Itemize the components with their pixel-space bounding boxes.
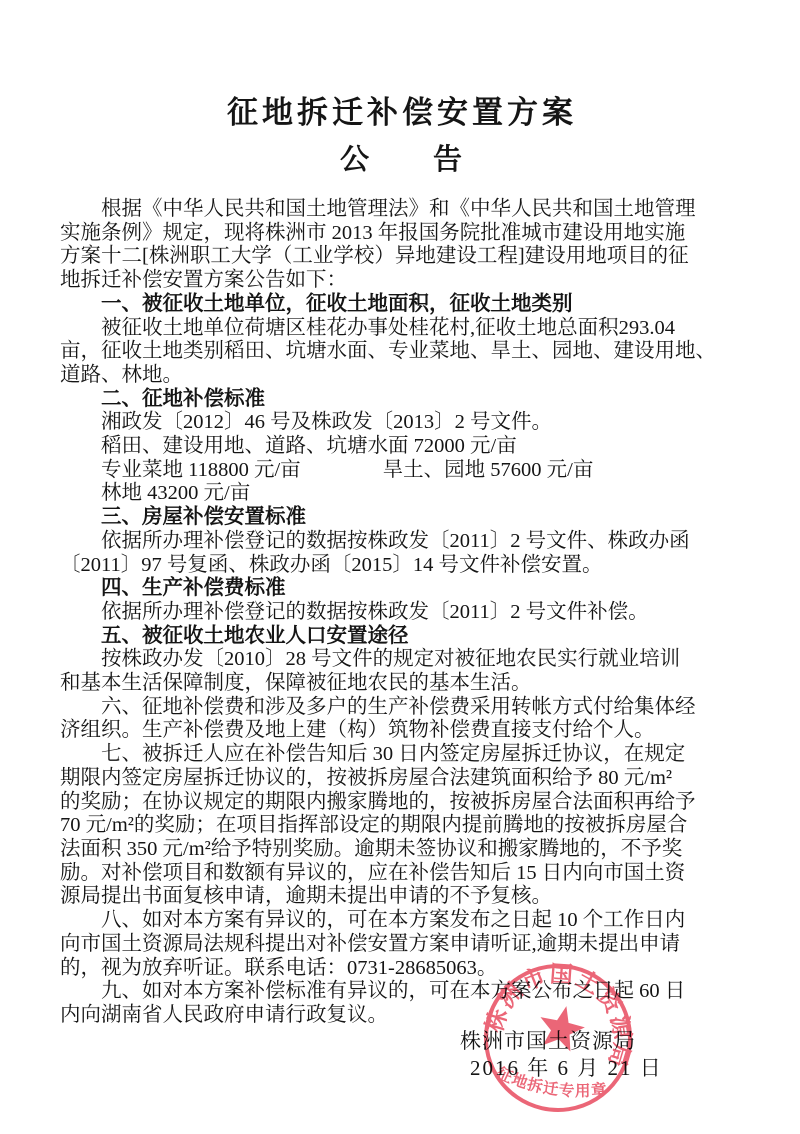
notice-body: 征地拆迁补偿安置方案 公 告 根据《中华人民共和国土地管理法》和《中华人民共和国…	[60, 94, 744, 1028]
section-heading-4: 四、生产补偿费标准	[60, 577, 744, 601]
paragraph-item-6: 六、征地补偿费和涉及多户的生产补偿费采用转帐方式付给集体经 济组织。生产补偿费及…	[60, 696, 744, 743]
paragraph-item-9: 九、如对本方案补偿标准有异议的，可在本方案公布之日起 60 日 内向湖南省人民政…	[60, 980, 744, 1027]
document-page: 征地拆迁补偿安置方案 公 告 根据《中华人民共和国土地管理法》和《中华人民共和国…	[0, 0, 800, 1134]
paragraph-policy-docs: 湘政发〔2012〕46 号及株政发〔2013〕2 号文件。	[60, 411, 744, 435]
signature-block: 株洲市国土资源局 2016 年 6 月 21 日	[460, 1028, 663, 1082]
document-title: 征地拆迁补偿安置方案	[60, 94, 744, 132]
paragraph-item-7: 七、被拆迁人应在补偿告知后 30 日内签定房屋拆迁协议，在规定 期限内签定房屋拆…	[60, 743, 744, 909]
paragraph-rate-forest: 林地 43200 元/亩	[60, 482, 744, 506]
paragraph-rate-vegetable: 专业菜地 118800 元/亩 旱土、园地 57600 元/亩	[60, 459, 744, 483]
paragraph-land-unit: 被征收土地单位荷塘区桂花办事处桂花村,征收土地总面积293.04 亩，征收土地类…	[60, 317, 744, 388]
paragraph-production-comp: 依据所办理补偿登记的数据按株政发〔2011〕2 号文件补偿。	[60, 601, 744, 625]
section-heading-3: 三、房屋补偿安置标准	[60, 506, 744, 530]
section-heading-1: 一、被征收土地单位，征收土地面积，征收土地类别	[60, 293, 744, 317]
document-subtitle: 公 告	[60, 142, 744, 178]
paragraph-item-8: 八、如对本方案有异议的，可在本方案发布之日起 10 个工作日内 向市国土资源局法…	[60, 909, 744, 980]
section-heading-5: 五、被征收土地农业人口安置途径	[60, 625, 744, 649]
signature-organization: 株洲市国土资源局	[460, 1028, 663, 1055]
notice-paragraphs: 根据《中华人民共和国土地管理法》和《中华人民共和国土地管理 实施条例》规定，现将…	[60, 198, 744, 1028]
paragraph-resettlement: 按株政办发〔2010〕28 号文件的规定对被征地农民实行就业培训 和基本生活保障…	[60, 648, 744, 695]
paragraph-intro: 根据《中华人民共和国土地管理法》和《中华人民共和国土地管理 实施条例》规定，现将…	[60, 198, 744, 293]
section-heading-2: 二、征地补偿标准	[60, 388, 744, 412]
paragraph-house-comp: 依据所办理补偿登记的数据按株政发〔2011〕2 号文件、株政办函 〔2011〕9…	[60, 530, 744, 577]
signature-date: 2016 年 6 月 21 日	[460, 1055, 663, 1082]
paragraph-rate-paddy: 稻田、建设用地、道路、坑塘水面 72000 元/亩	[60, 435, 744, 459]
